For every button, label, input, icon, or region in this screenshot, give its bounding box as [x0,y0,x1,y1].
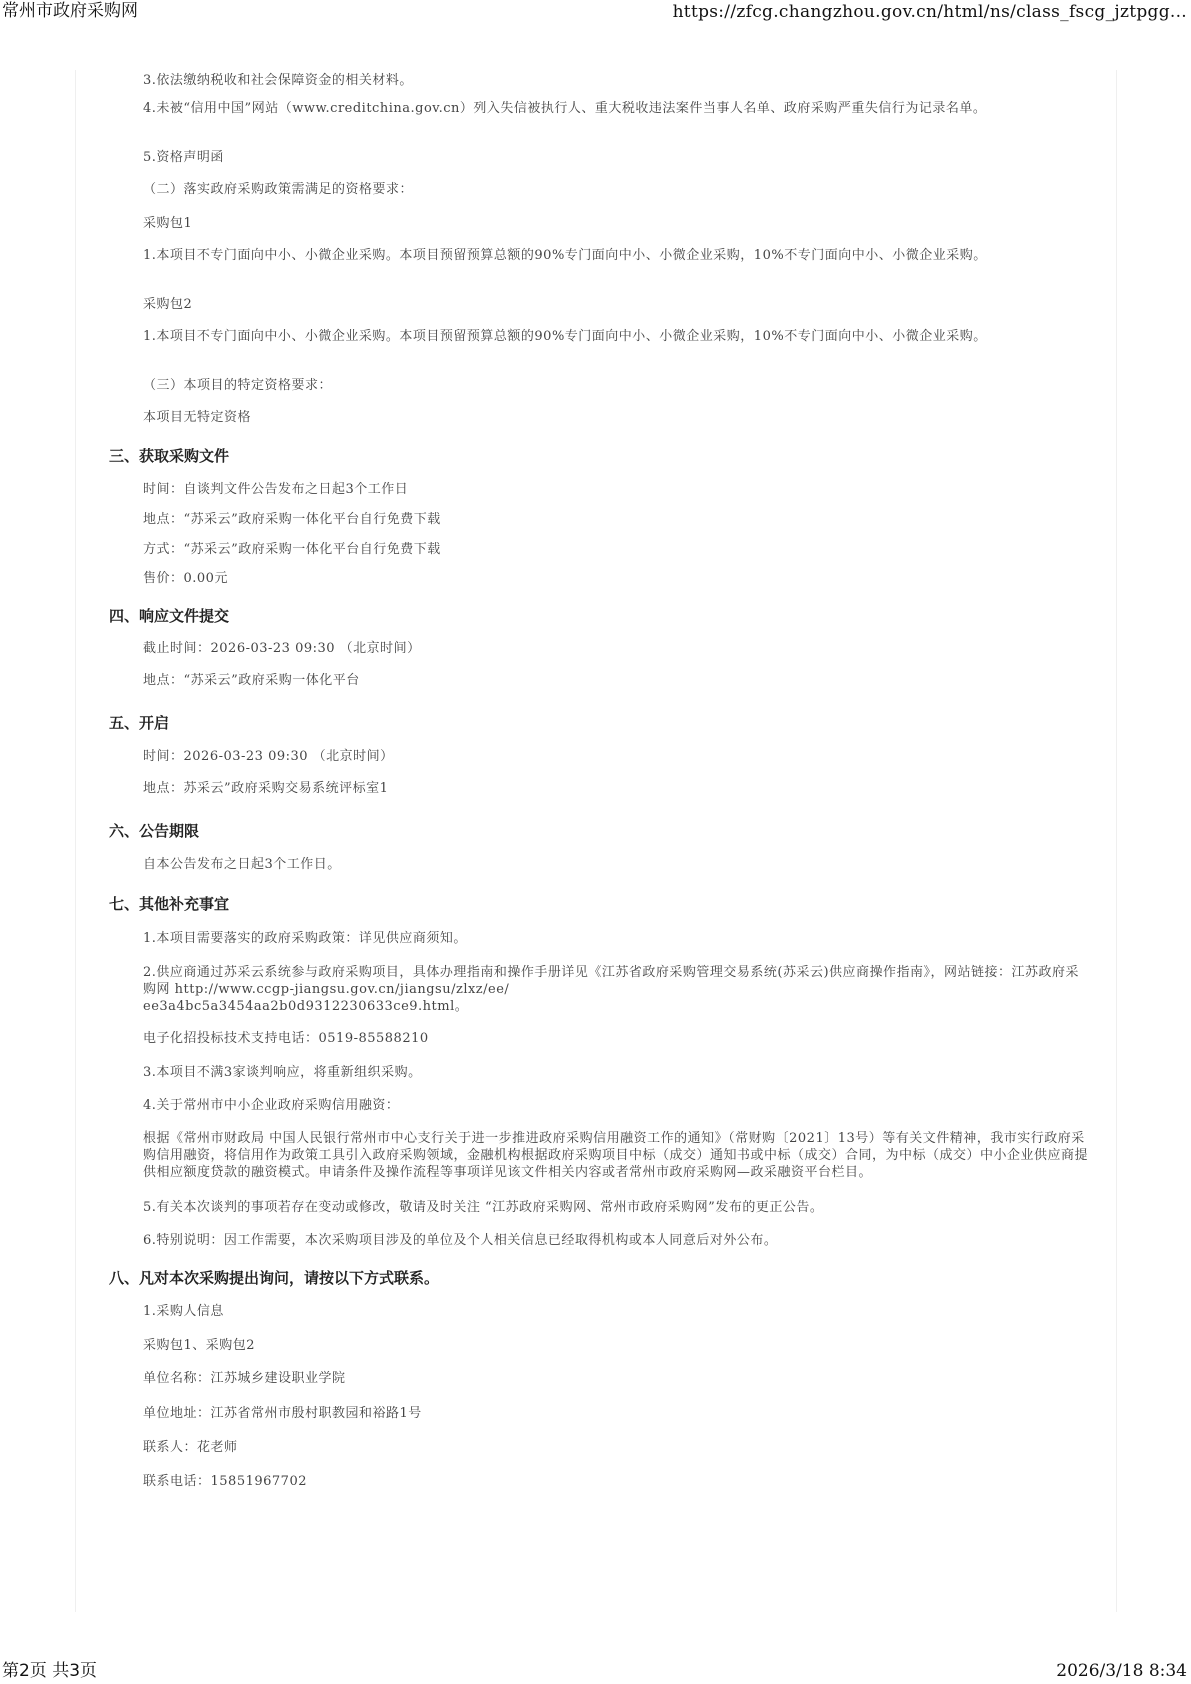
section-4-place: 地点：“苏采云”政府采购一体化平台 [143,672,1043,689]
qualification-item-3: 3.依法缴纳税收和社会保障资金的相关材料。 [143,72,1093,89]
section-6-text: 自本公告发布之日起3个工作日。 [143,856,1043,873]
purchaser-unit-address: 单位地址：江苏省常州市殷村职教园和裕路1号 [143,1405,1043,1422]
section-3-title: 三、获取采购文件 [109,446,229,466]
section-4-deadline: 截止时间：2026-03-23 09:30 （北京时间） [143,640,1043,657]
purchaser-unit-name: 单位名称：江苏城乡建设职业学院 [143,1370,1043,1387]
purchaser-packages: 采购包1、采购包2 [143,1337,1043,1354]
section-7-item-3: 3.本项目不满3家谈判响应，将重新组织采购。 [143,1064,1088,1081]
package-2-text: 1.本项目不专门面向中小、小微企业采购。本项目预留预算总额的90%专门面向中小、… [143,328,1088,345]
specific-requirements-text: 本项目无特定资格 [143,409,1093,426]
section-3-place: 地点：“苏采云”政府采购一体化平台自行免费下载 [143,511,1043,528]
purchaser-contact: 联系人：花老师 [143,1439,1043,1456]
package-1-text: 1.本项目不专门面向中小、小微企业采购。本项目预留预算总额的90%专门面向中小、… [143,247,1088,264]
print-datetime: 2026/3/18 8:34 [1056,1660,1187,1682]
package-1-label: 采购包1 [143,215,1093,232]
purchaser-phone: 联系电话：15851967702 [143,1473,1043,1490]
section-7-item-2: 2.供应商通过苏采云系统参与政府采购项目，具体办理指南和操作手册详见《江苏省政府… [143,964,1088,1015]
qualification-item-5: 5.资格声明函 [143,149,1093,166]
section-7-item-5: 5.有关本次谈判的事项若存在变动或修改，敬请及时关注 “江苏政府采购网、常州市政… [143,1199,1088,1216]
section-5-time: 时间：2026-03-23 09:30 （北京时间） [143,748,1043,765]
document-page: 3.依法缴纳税收和社会保障资金的相关材料。 4.未被“信用中国”网站（www.c… [75,70,1117,1612]
support-phone: 电子化招投标技术支持电话：0519-85588210 [143,1030,1088,1047]
section-3-time: 时间：自谈判文件公告发布之日起3个工作日 [143,481,1043,498]
section-5-title: 五、开启 [109,713,169,733]
section-7-item-6: 6.特别说明：因工作需要，本次采购项目涉及的单位及个人相关信息已经取得机构或本人… [143,1232,1088,1249]
section-7-item-2-text: 2.供应商通过苏采云系统参与政府采购项目，具体办理指南和操作手册详见《江苏省政府… [143,965,1079,997]
section-7-title: 七、其他补充事宜 [109,894,229,914]
ccgp-jiangsu-link[interactable]: ee3a4bc5a3454aa2b0d9312230633ce9.html。 [143,999,468,1014]
page-indicator: 第2页 共3页 [2,1660,97,1682]
section-7-item-4-text: 根据《常州市财政局 中国人民银行常州市中心支行关于进一步推进政府采购信用融资工作… [143,1130,1088,1181]
qualification-item-4: 4.未被“信用中国”网站（www.creditchina.gov.cn）列入失信… [143,100,1088,117]
section-8-title: 八、凡对本次采购提出询问，请按以下方式联系。 [109,1268,439,1288]
section-5-place: 地点：苏采云”政府采购交易系统评标室1 [143,780,1043,797]
page-url: https://zfcg.changzhou.gov.cn/html/ns/cl… [673,1,1187,23]
specific-requirements-title: （三）本项目的特定资格要求： [143,377,1093,394]
package-2-label: 采购包2 [143,296,1093,313]
section-7-item-1: 1.本项目需要落实的政府采购政策：详见供应商须知。 [143,930,1088,947]
creditchina-link[interactable]: 4.未被“信用中国”网站（www.creditchina.gov.cn）列入失信… [143,101,986,116]
section-3-method: 方式：“苏采云”政府采购一体化平台自行免费下载 [143,541,1043,558]
section-3-price: 售价：0.00元 [143,570,1043,587]
site-title: 常州市政府采购网 [2,0,138,22]
section-6-title: 六、公告期限 [109,821,199,841]
policy-requirements-title: （二）落实政府采购政策需满足的资格要求： [143,181,1093,198]
section-7-item-4: 4.关于常州市中小企业政府采购信用融资： [143,1097,1088,1114]
purchaser-info-title: 1.采购人信息 [143,1303,1043,1320]
section-4-title: 四、响应文件提交 [109,606,229,626]
